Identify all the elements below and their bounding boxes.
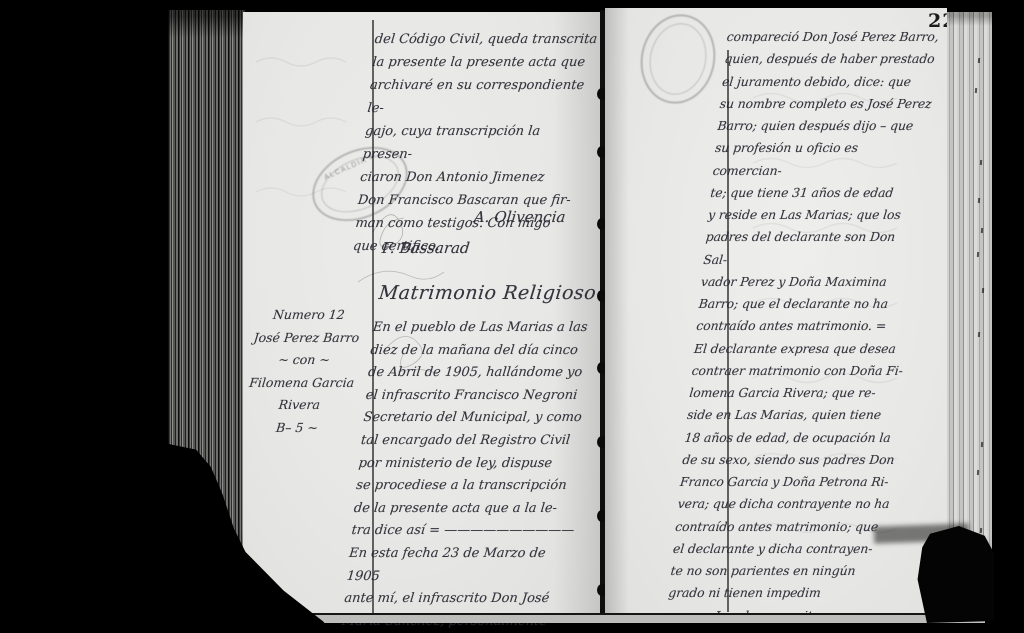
left-body-main: En el pueblo de Las Marias a las diez de… xyxy=(341,317,602,633)
edge-ink-mark xyxy=(981,442,983,447)
edge-ink-mark xyxy=(978,198,980,203)
edge-ink-mark xyxy=(980,528,982,533)
signature-bassarad: F. Bassarad xyxy=(381,239,471,257)
bleedthrough-marks xyxy=(251,42,366,272)
left-page: ALCALDIA M. Numero 12 José Perez Barro ~… xyxy=(243,12,604,614)
right-page: compareció Don José Perez Barro, quien, … xyxy=(605,8,947,614)
round-stamp-icon xyxy=(632,7,723,110)
signature-olivencia: A. Olivencia xyxy=(473,208,566,226)
edge-ink-mark xyxy=(975,88,977,93)
edge-ink-mark xyxy=(978,58,980,63)
registry-book-scan: ALCALDIA M. Numero 12 José Perez Barro ~… xyxy=(0,0,1024,633)
scan-occlusion-artifact xyxy=(916,526,994,623)
edge-ink-mark xyxy=(980,160,982,165)
stamp-inner-ring xyxy=(643,18,713,100)
section-heading: Matrimonio Religioso xyxy=(378,282,598,304)
margin-notes: Numero 12 José Perez Barro ~ con ~ Filom… xyxy=(233,304,373,439)
edge-ink-mark xyxy=(982,288,984,293)
book-bottom-edge xyxy=(250,613,985,623)
edge-ink-mark xyxy=(977,252,979,257)
edge-ink-mark xyxy=(978,332,980,337)
edge-ink-mark xyxy=(977,470,979,475)
edge-ink-mark xyxy=(981,228,983,233)
